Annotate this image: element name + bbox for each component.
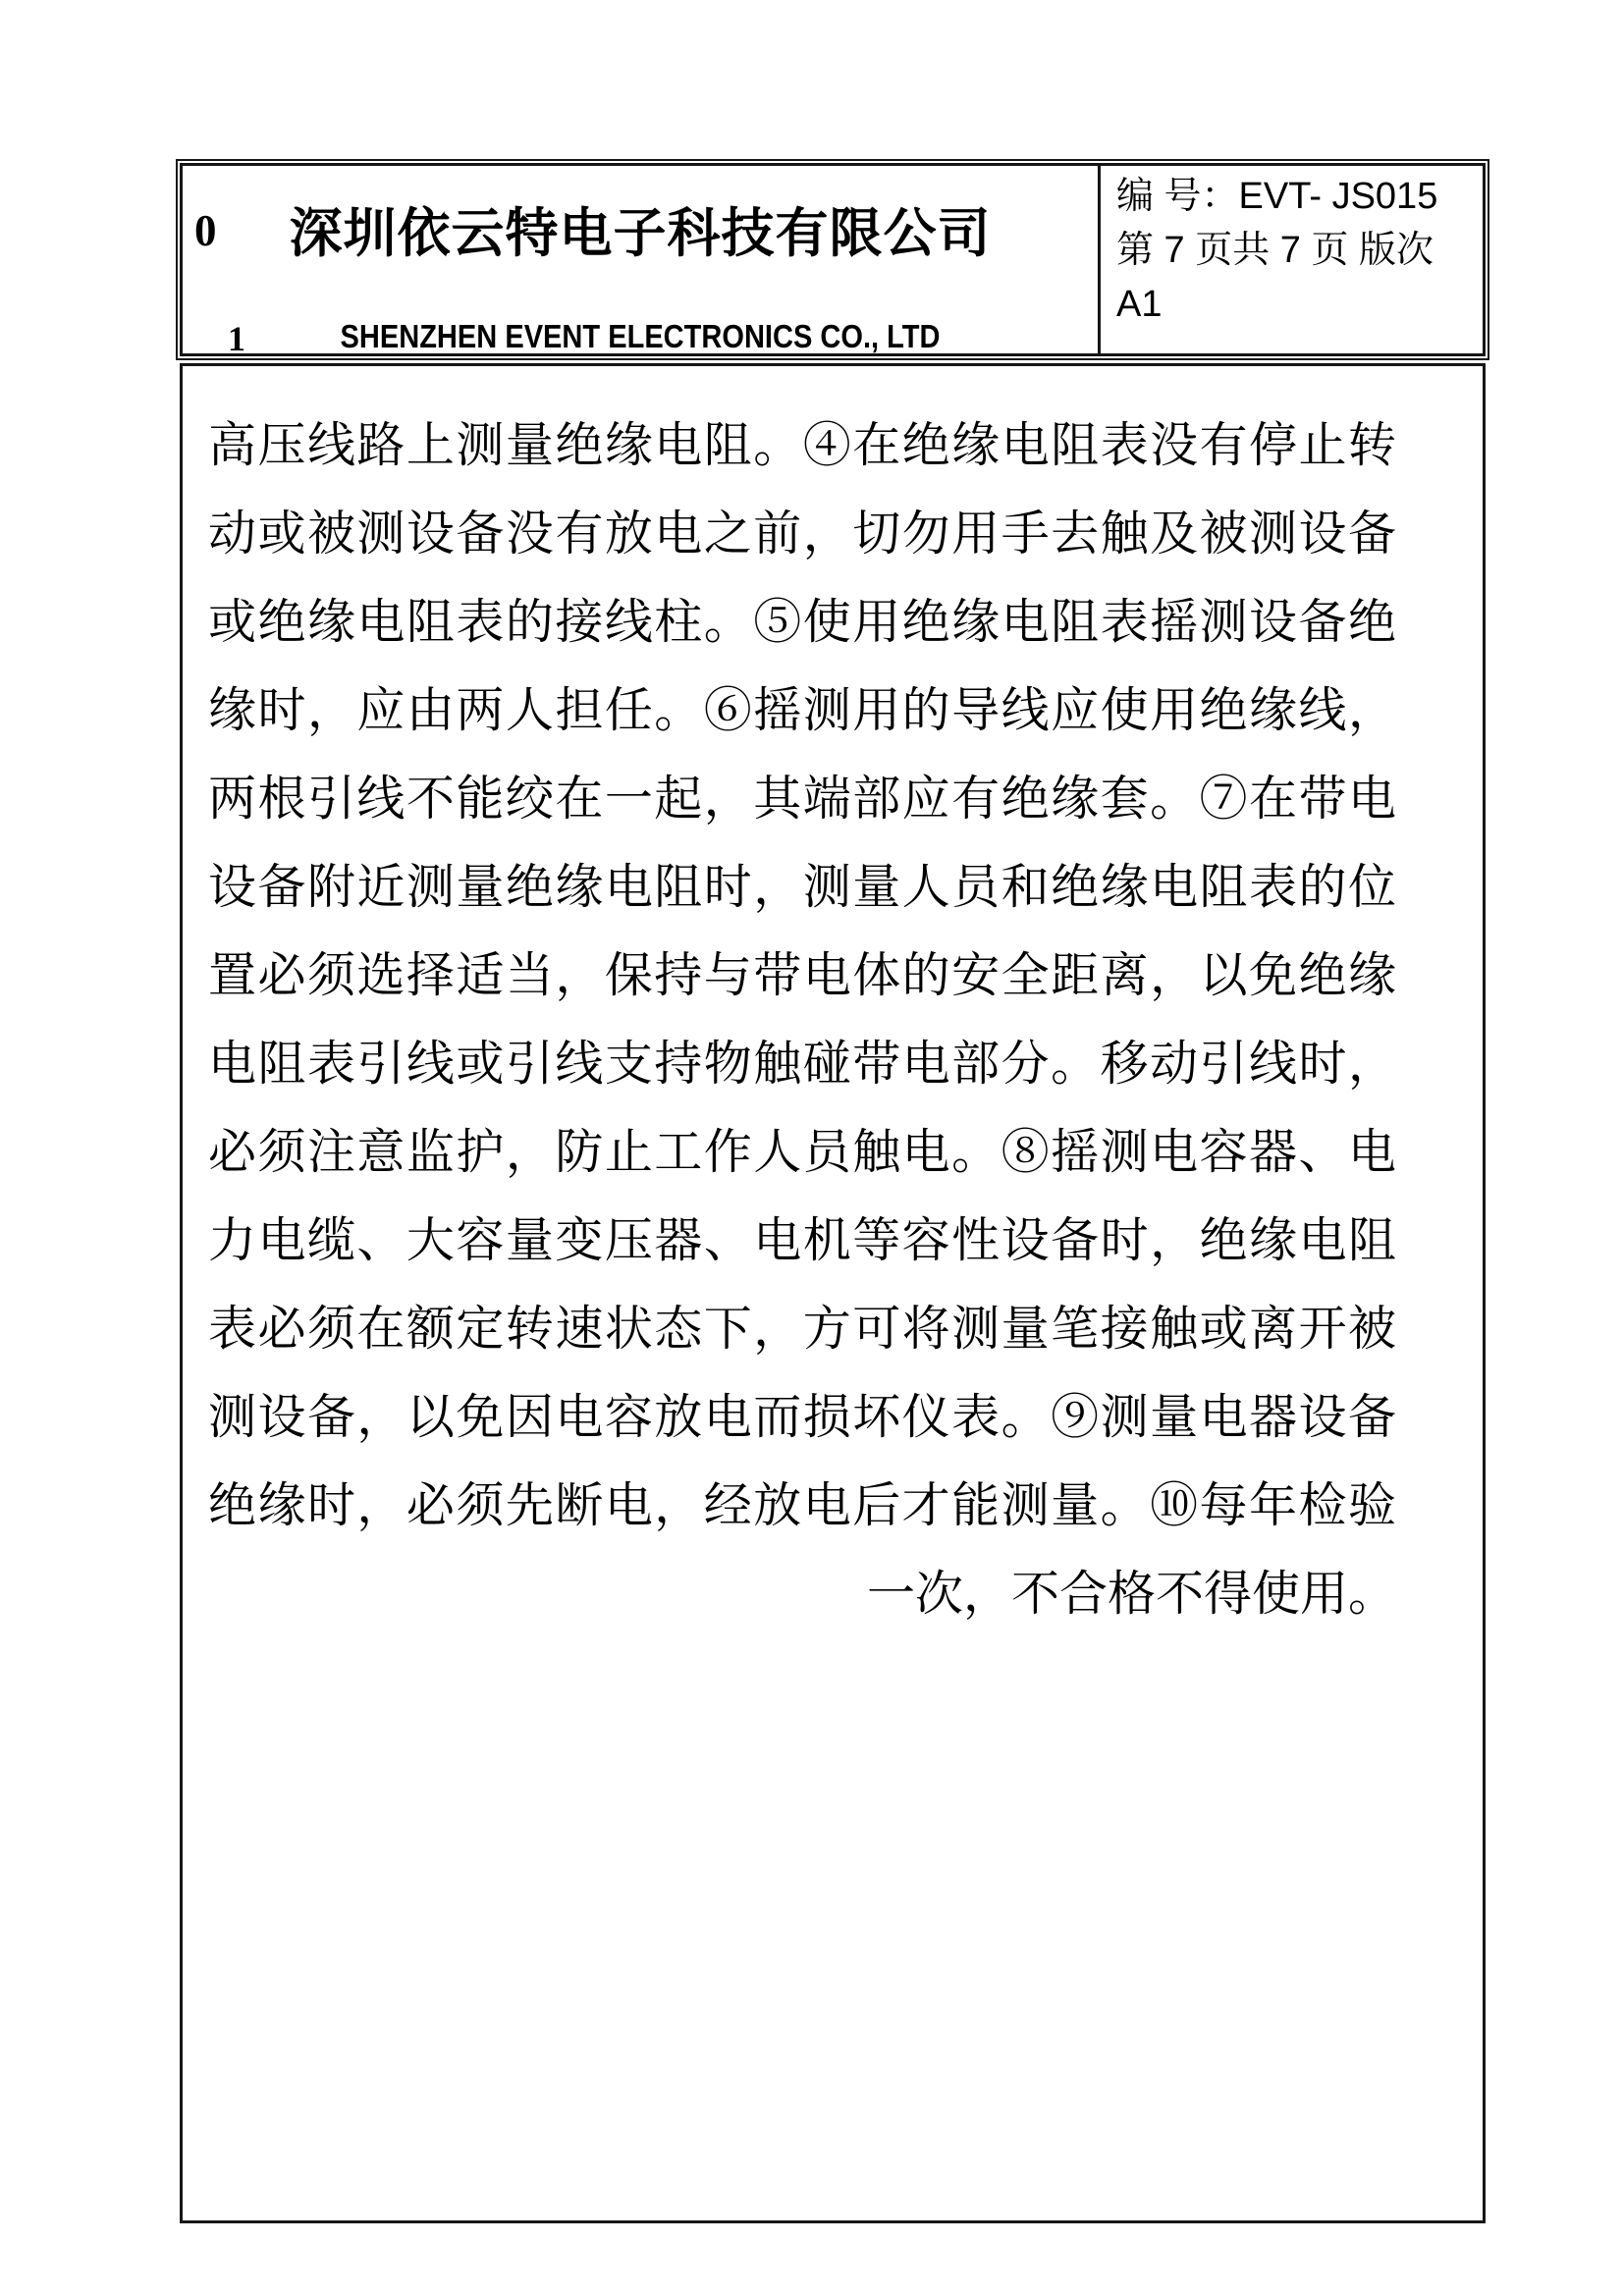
header-company-cell: 0 深圳依云特电子科技有限公司 1 SHENZHEN EVENT ELECTRO… [183, 166, 1101, 353]
text-line: 绝缘时，必须先断电，经放电后才能测量。⑩每年检验 [208, 1462, 1396, 1550]
document-header: 0 深圳依云特电子科技有限公司 1 SHENZHEN EVENT ELECTRO… [180, 163, 1486, 356]
text-line: 或绝缘电阻表的接线柱。⑤使用绝缘电阻表摇测设备绝 [208, 578, 1396, 667]
text-line: 必须注意监护，防止工作人员触电。⑧摇测电容器、电 [208, 1108, 1396, 1197]
document-body: 高压线路上测量绝缘电阻。④在绝缘电阻表没有停止转 动或被测设备没有放电之前，切勿… [180, 363, 1486, 2223]
text-line: 高压线路上测量绝缘电阻。④在绝缘电阻表没有停止转 [208, 401, 1396, 490]
text-line: 动或被测设备没有放电之前，切勿用手去触及被测设备 [208, 490, 1396, 578]
company-name-cn: 深圳依云特电子科技有限公司 [183, 191, 1098, 267]
company-name-en: SHENZHEN EVENT ELECTRONICS CO., LTD [238, 318, 1043, 355]
text-line: 电阻表引线或引线支持物触碰带电部分。移动引线时， [208, 1020, 1396, 1108]
text-line: 置必须选择适当，保持与带电体的安全距离，以免绝缘 [208, 932, 1396, 1020]
revision: A1 [1116, 278, 1477, 332]
row-marker-0: 0 [194, 209, 217, 253]
header-docinfo-cell: 编 号：EVT- JS015 第 7 页共 7 页 版次 A1 [1101, 166, 1483, 353]
text-line: 测设备，以免因电容放电而损坏仪表。⑨测量电器设备 [208, 1373, 1396, 1462]
page-info: 第 7 页共 7 页 版次 [1116, 224, 1477, 278]
text-line: 表必须在额定转速状态下，方可将测量笔接触或离开被 [208, 1285, 1396, 1373]
doc-number: 编 号：EVT- JS015 [1116, 170, 1477, 224]
text-line: 力电缆、大容量变压器、电机等容性设备时，绝缘电阻 [208, 1197, 1396, 1285]
document-page: 0 深圳依云特电子科技有限公司 1 SHENZHEN EVENT ELECTRO… [0, 0, 1623, 2296]
text-line: 两根引线不能绞在一起，其端部应有绝缘套。⑦在带电 [208, 755, 1396, 843]
text-line: 设备附近测量绝缘电阻时，测量人员和绝缘电阻表的位 [208, 843, 1396, 932]
body-paragraph: 高压线路上测量绝缘电阻。④在绝缘电阻表没有停止转 动或被测设备没有放电之前，切勿… [183, 366, 1483, 1638]
text-line: 一次，不合格不得使用。 [208, 1550, 1396, 1638]
text-line: 缘时，应由两人担任。⑥摇测用的导线应使用绝缘线， [208, 667, 1396, 755]
